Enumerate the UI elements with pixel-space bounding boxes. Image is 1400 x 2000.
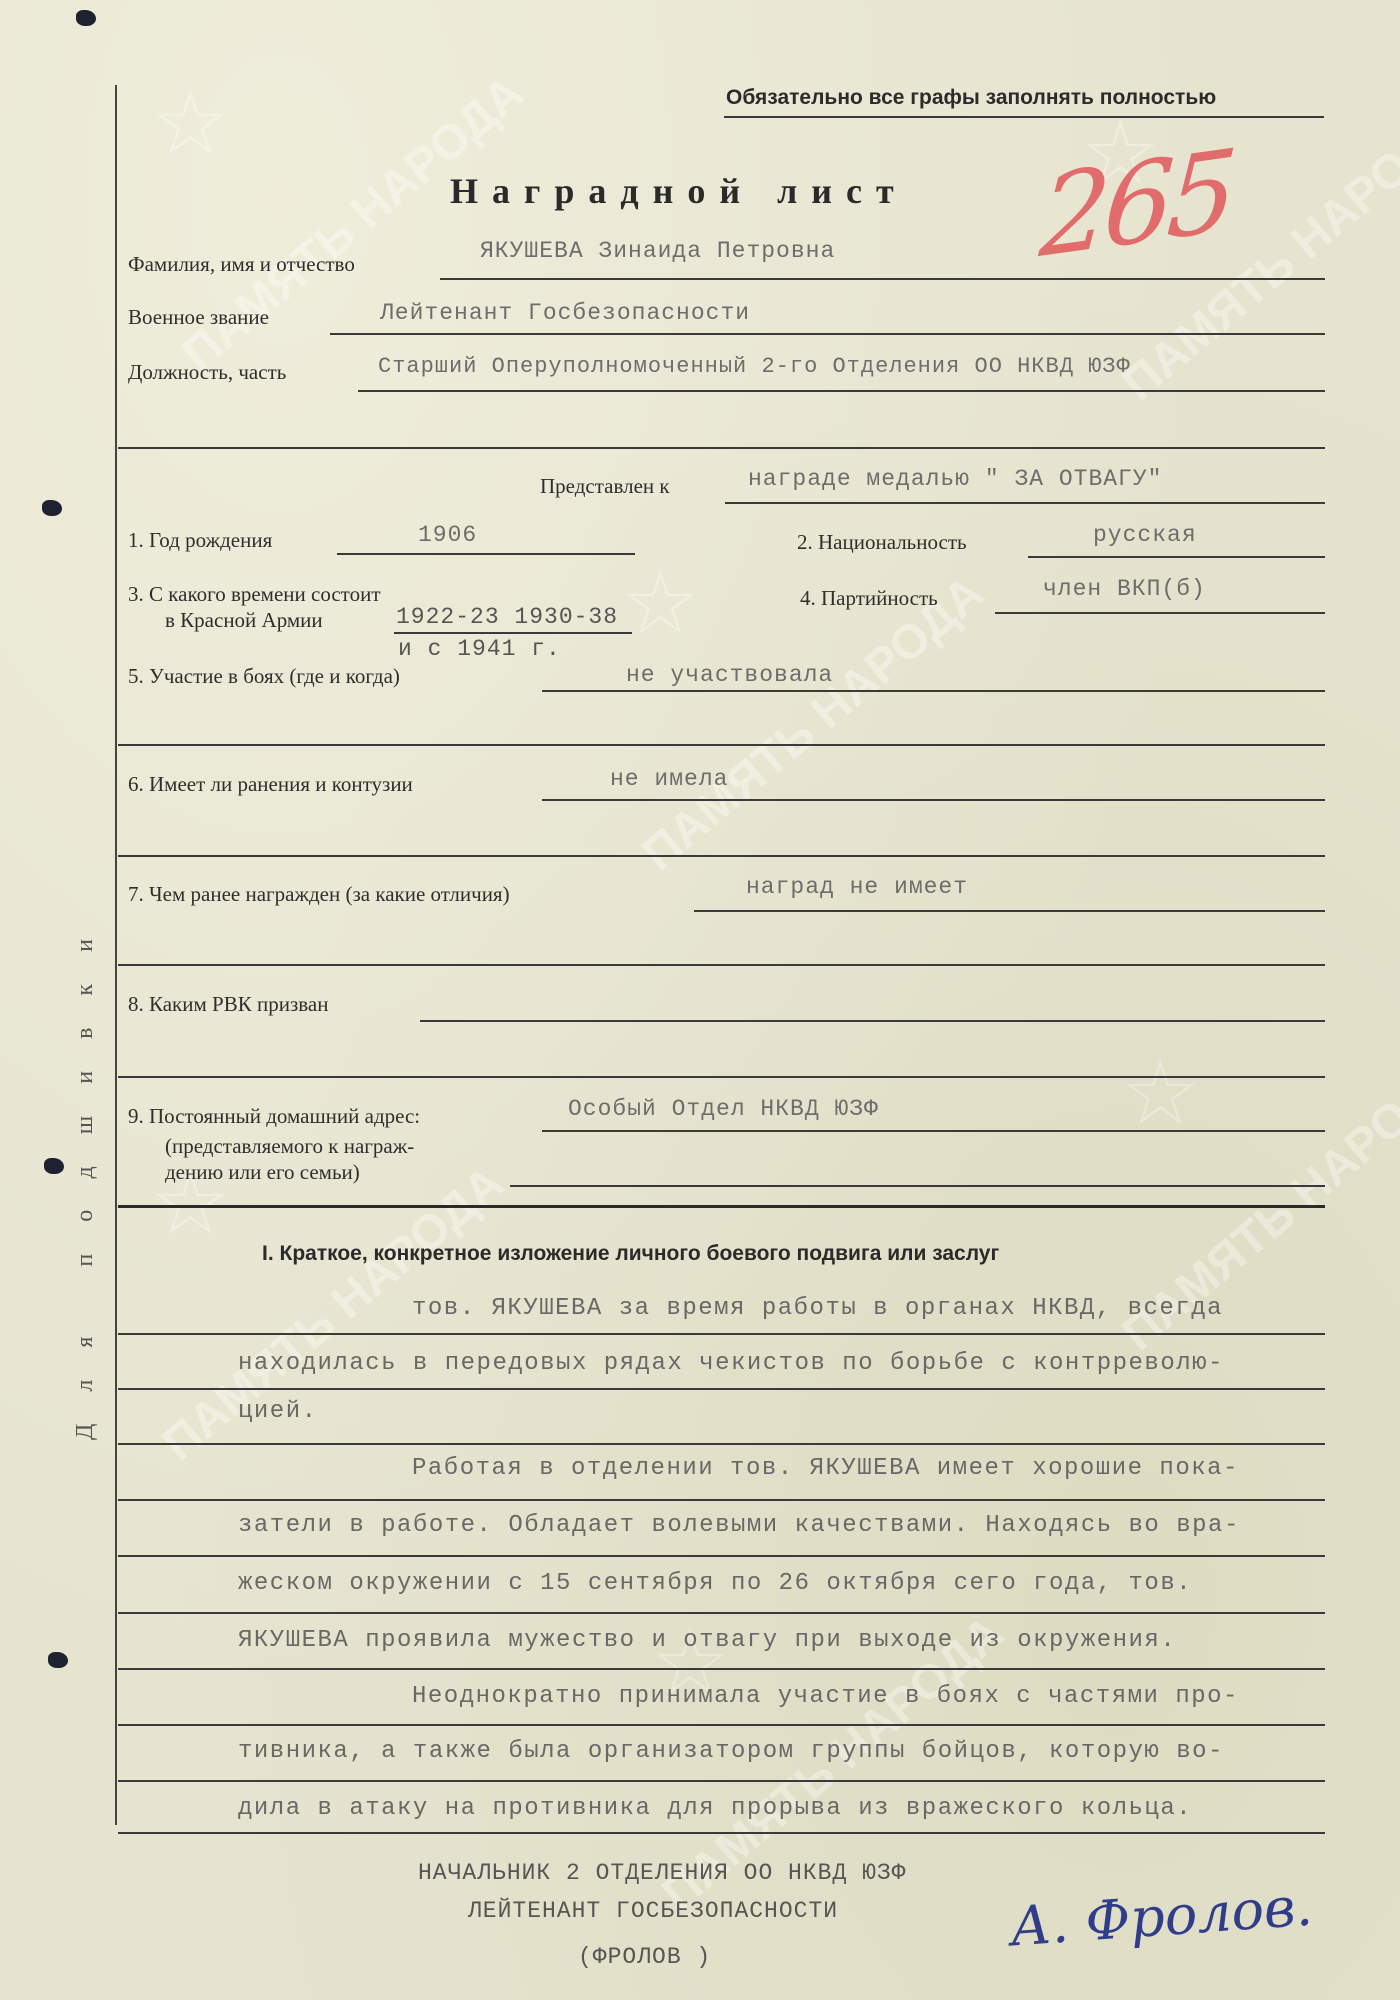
party-label: 4. Партийность bbox=[800, 586, 938, 611]
birth-year-underline bbox=[337, 553, 635, 555]
narrative-rule bbox=[118, 1443, 1325, 1445]
previous-awards-underline bbox=[694, 910, 1325, 912]
previous-awards-extra-line bbox=[118, 964, 1325, 966]
presented-underline bbox=[725, 502, 1325, 504]
birth-year-value: 1906 bbox=[418, 522, 477, 548]
rank-label: Военное звание bbox=[128, 305, 269, 330]
position-extra-line bbox=[118, 447, 1325, 449]
punch-hole bbox=[42, 500, 62, 516]
narrative-line: жеском окружении с 15 сентября по 26 окт… bbox=[238, 1570, 1192, 1597]
narrative-line: находилась в передовых рядах чекистов по… bbox=[238, 1350, 1224, 1377]
address-underline-2 bbox=[510, 1185, 1325, 1187]
narrative-line: ЯКУШЕВА проявила мужество и отвагу при в… bbox=[238, 1627, 1176, 1654]
narrative-line: затели в работе. Обладает волевыми качес… bbox=[238, 1512, 1240, 1539]
army-since-label-1: 3. С какого времени состоит bbox=[128, 582, 381, 607]
section-divider bbox=[118, 1205, 1325, 1208]
narrative-line: тов. ЯКУШЕВА за время работы в органах Н… bbox=[412, 1295, 1223, 1322]
narrative-rule bbox=[118, 1724, 1325, 1726]
document-title: Наградной лист bbox=[450, 170, 908, 212]
narrative-rule bbox=[118, 1555, 1325, 1557]
address-label-1: 9. Постоянный домашний адрес: bbox=[128, 1104, 420, 1129]
narrative-line: Работая в отделении тов. ЯКУШЕВА имеет х… bbox=[412, 1455, 1239, 1482]
punch-hole bbox=[44, 1158, 64, 1174]
birth-year-label: 1. Год рождения bbox=[128, 528, 272, 553]
name-value: ЯКУШЕВА Зинаида Петровна bbox=[480, 238, 835, 264]
battles-value: не участвовала bbox=[626, 662, 833, 688]
name-label: Фамилия, имя и отчество bbox=[128, 252, 355, 277]
wounds-label: 6. Имеет ли ранения и контузии bbox=[128, 772, 413, 797]
nationality-label: 2. Национальность bbox=[797, 530, 967, 555]
presented-label: Представлен к bbox=[540, 474, 670, 499]
army-since-underline bbox=[394, 632, 632, 634]
narrative-rule bbox=[118, 1780, 1325, 1782]
party-underline bbox=[995, 612, 1325, 614]
army-since-value-2: и с 1941 г. bbox=[398, 636, 561, 662]
watermark-star-icon: ☆ bbox=[150, 80, 231, 170]
rvk-underline bbox=[420, 1020, 1325, 1022]
narrative-rule bbox=[118, 1388, 1325, 1390]
address-label-2: (представляемого к награж- bbox=[165, 1134, 414, 1159]
binding-margin-label: Для подшивки bbox=[72, 907, 99, 1440]
narrative-rule bbox=[118, 1832, 1325, 1834]
address-underline bbox=[542, 1130, 1325, 1132]
section-title: I. Краткое, конкретное изложение личного… bbox=[262, 1242, 999, 1266]
position-underline bbox=[358, 390, 1325, 392]
battles-extra-line bbox=[118, 744, 1325, 746]
nationality-value: русская bbox=[1093, 522, 1197, 548]
signatory-name: (ФРОЛОВ ) bbox=[578, 1944, 711, 1970]
narrative-rule bbox=[118, 1333, 1325, 1335]
watermark-star-icon: ☆ bbox=[1120, 1050, 1201, 1140]
binding-margin-rule bbox=[115, 85, 117, 1825]
army-since-label-2: в Красной Армии bbox=[165, 608, 323, 633]
rank-underline bbox=[330, 333, 1325, 335]
previous-awards-label: 7. Чем ранее награжден (за какие отличия… bbox=[128, 882, 510, 907]
nationality-underline bbox=[1028, 556, 1325, 558]
notice-underline bbox=[724, 116, 1324, 118]
watermark-star-icon: ☆ bbox=[620, 560, 701, 650]
narrative-line: тивника, а также была организатором груп… bbox=[238, 1738, 1224, 1765]
army-since-value-1: 1922-23 1930-38 bbox=[396, 604, 618, 630]
narrative-line: дила в атаку на противника для прорыва и… bbox=[238, 1795, 1192, 1822]
rank-value: Лейтенант Госбезопасности bbox=[380, 300, 750, 326]
position-label: Должность, часть bbox=[128, 360, 286, 385]
wounds-extra-line bbox=[118, 855, 1325, 857]
rvk-extra-line bbox=[118, 1076, 1325, 1078]
narrative-rule bbox=[118, 1499, 1325, 1501]
signatory-rank: ЛЕЙТЕНАНТ ГОСБЕЗОПАСНОСТИ bbox=[468, 1898, 838, 1924]
wounds-value: не имела bbox=[610, 766, 728, 792]
narrative-rule bbox=[118, 1668, 1325, 1670]
narrative-line: Неоднократно принимала участие в боях с … bbox=[412, 1683, 1239, 1710]
name-underline bbox=[440, 278, 1325, 280]
battles-label: 5. Участие в боях (где и когда) bbox=[128, 664, 400, 689]
address-label-3: дению или его семьи) bbox=[165, 1160, 360, 1185]
narrative-rule bbox=[118, 1612, 1325, 1614]
address-value: Особый Отдел НКВД ЮЗФ bbox=[568, 1096, 879, 1122]
punch-hole bbox=[76, 10, 96, 26]
party-value: член ВКП(б) bbox=[1043, 576, 1206, 602]
position-value: Старший Оперуполномоченный 2-го Отделени… bbox=[378, 354, 1131, 379]
red-pencil-number: 265 bbox=[1036, 125, 1235, 282]
handwritten-signature: А. Фролов. bbox=[1008, 1875, 1314, 1959]
wounds-underline bbox=[542, 799, 1325, 801]
previous-awards-value: наград не имеет bbox=[746, 874, 968, 900]
presented-value: награде медалью " ЗА ОТВАГУ" bbox=[748, 466, 1162, 492]
punch-hole bbox=[48, 1652, 68, 1668]
rvk-label: 8. Каким РВК призван bbox=[128, 992, 328, 1017]
signatory-position: НАЧАЛЬНИК 2 ОТДЕЛЕНИЯ ОО НКВД ЮЗФ bbox=[418, 1860, 906, 1886]
narrative-line: цией. bbox=[238, 1398, 318, 1425]
mandatory-notice: Обязательно все графы заполнять полность… bbox=[726, 86, 1216, 110]
battles-underline bbox=[542, 690, 1325, 692]
